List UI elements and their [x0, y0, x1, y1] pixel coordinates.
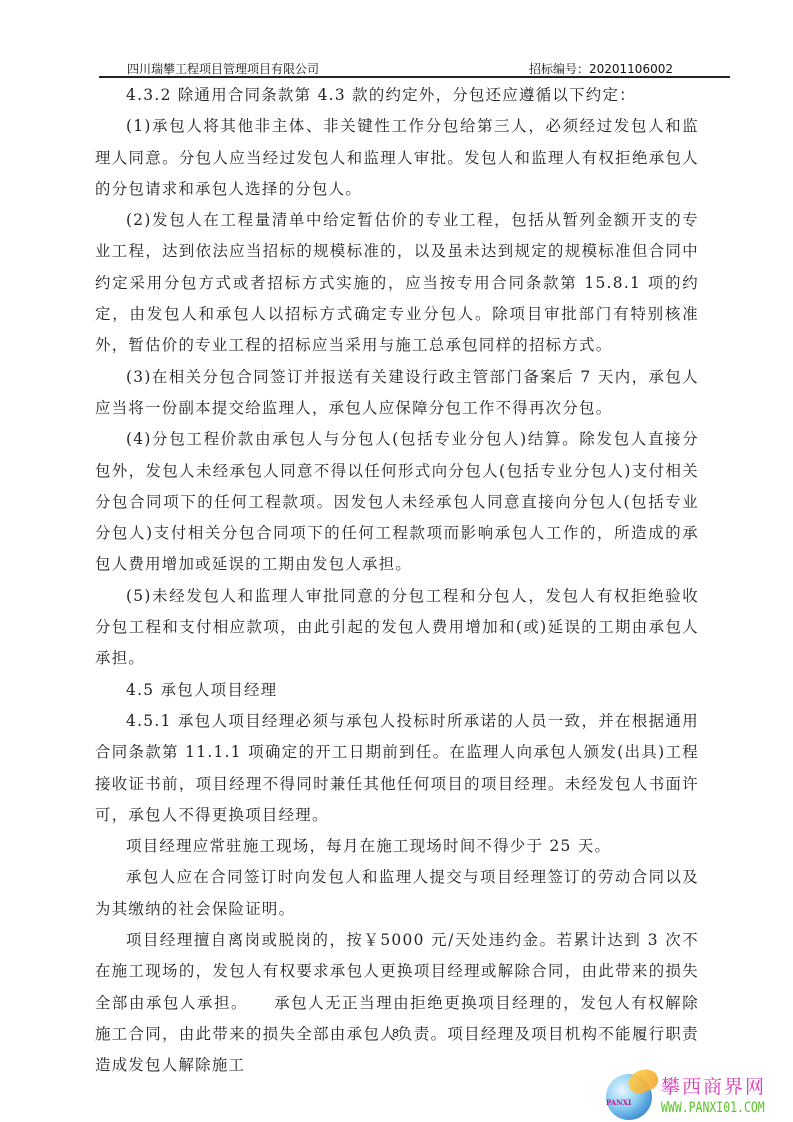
watermark-logo: PANXI 攀西商界网 WWW.PANXI01.COM — [598, 1068, 793, 1122]
section-heading-4-5: 4.5 承包人项目经理 — [95, 675, 699, 706]
page-number: 8 — [392, 1027, 399, 1040]
clause-item-3: (3)在相关分包合同签订并报送有关建设行政主管部门备案后 7 天内，承包人应当将… — [95, 362, 699, 425]
watermark-brand-name: 攀西商界网 — [661, 1072, 766, 1099]
clause-item-1: (1)承包人将其他非主体、非关键性工作分包给第三人，必须经过发包人和监理人同意。… — [95, 111, 699, 205]
paragraph-labor-contract: 承包人应在合同签订时向发包人和监理人提交与项目经理签订的劳动合同以及为其缴纳的社… — [95, 862, 699, 925]
globe-icon — [606, 1074, 652, 1120]
paragraph-onsite-requirement: 项目经理应常驻施工现场，每月在施工现场时间不得少于 25 天。 — [95, 831, 699, 862]
clause-item-2: (2)发包人在工程量清单中给定暂估价的专业工程，包括从暂列金额开支的专业工程，达… — [95, 205, 699, 361]
clause-4-3-2: 4.3.2 除通用合同条款第 4.3 款的约定外，分包还应遵循以下约定： — [95, 80, 699, 111]
page-header: 四川瑞攀工程项目管理项目有限公司 招标编号：20201106002 — [99, 58, 730, 78]
clause-item-4: (4)分包工程价款由承包人与分包人(包括专业分包人)结算。除发包人直接分包外，发… — [95, 424, 699, 580]
paragraph-penalty: 项目经理擅自离岗或脱岗的，按￥5000 元/天处违约金。若累计达到 3 次不在施… — [95, 925, 699, 1081]
clause-item-5: (5)未经发包人和监理人审批同意的分包工程和分包人，发包人有权拒绝验收分包工程和… — [95, 581, 699, 675]
document-body: 4.3.2 除通用合同条款第 4.3 款的约定外，分包还应遵循以下约定： (1)… — [95, 80, 699, 1082]
watermark-url: WWW.PANXI01.COM — [661, 1100, 765, 1116]
company-name: 四川瑞攀工程项目管理项目有限公司 — [127, 60, 319, 77]
clause-4-5-1: 4.5.1 承包人项目经理必须与承包人投标时所承诺的人员一致，并在根据通用合同条… — [95, 706, 699, 831]
bid-number: 招标编号：20201106002 — [529, 60, 673, 77]
globe-label: PANXI — [606, 1098, 631, 1107]
